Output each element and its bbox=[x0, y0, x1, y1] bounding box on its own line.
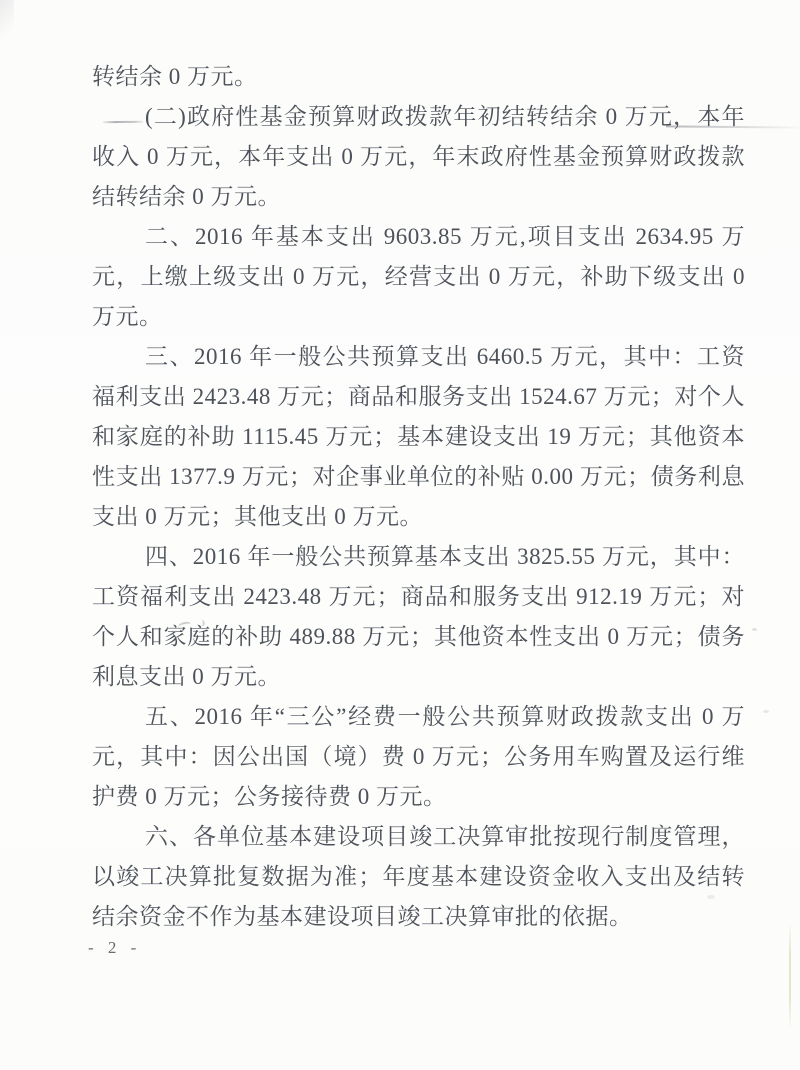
scan-speck bbox=[763, 710, 769, 713]
paragraph-item-4-general-public-basic: 四、2016 年一般公共预算基本支出 3825.55 万元，其中：工资福利支出 … bbox=[92, 537, 745, 697]
scan-corner-shade bbox=[0, 0, 14, 48]
paragraph-carryover-balance: 转结余 0 万元。 bbox=[92, 57, 745, 97]
paragraph-item-6-capital-construction: 六、各单位基本建设项目竣工决算审批按现行制度管理，以竣工决算批复数据为准；年度基… bbox=[92, 817, 745, 937]
paragraph-gov-fund-budget: (二)政府性基金预算财政拨款年初结转结余 0 万元，本年收入 0 万元，本年支出… bbox=[92, 97, 745, 217]
scanned-document-page: 转结余 0 万元。 (二)政府性基金预算财政拨款年初结转结余 0 万元，本年收入… bbox=[0, 0, 800, 1070]
paragraph-item-3-general-public-budget: 三、2016 年一般公共预算支出 6460.5 万元，其中：工资福利支出 242… bbox=[92, 337, 745, 537]
paragraph-item-5-three-public-funds: 五、2016 年“三公”经费一般公共预算财政拨款支出 0 万元，其中：因公出国（… bbox=[92, 697, 745, 817]
document-body: 转结余 0 万元。 (二)政府性基金预算财政拨款年初结转结余 0 万元，本年收入… bbox=[92, 0, 745, 937]
scan-edge-line bbox=[789, 922, 791, 1030]
paragraph-item-2-basic-expenditure: 二、2016 年基本支出 9603.85 万元,项目支出 2634.95 万元，… bbox=[92, 217, 745, 337]
scan-speck bbox=[752, 628, 757, 631]
page-number: - 2 - bbox=[88, 938, 141, 958]
